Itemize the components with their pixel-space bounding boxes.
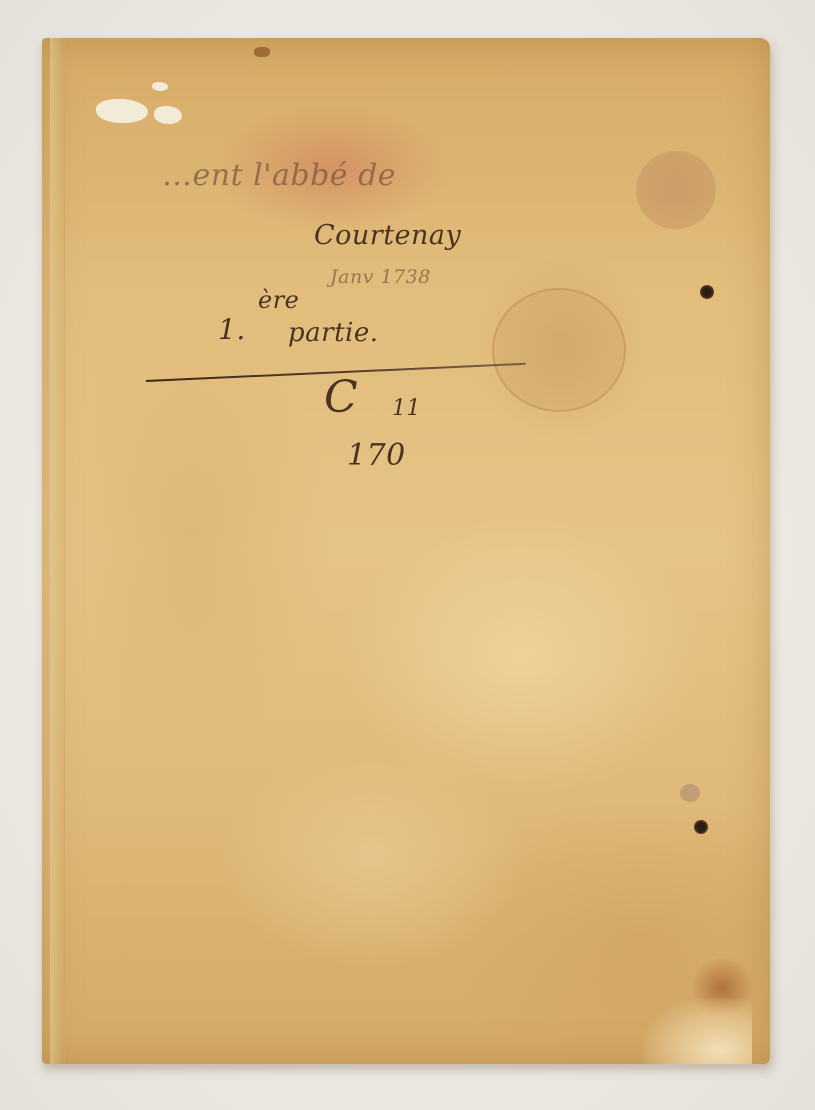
inscription-ordinal-suffix: ère bbox=[258, 286, 299, 314]
worn-corner bbox=[642, 998, 752, 1064]
shelfmark-number: 11 bbox=[392, 396, 421, 421]
tie-hole bbox=[700, 285, 714, 299]
tie-hole bbox=[694, 820, 708, 834]
surface-loss bbox=[152, 82, 168, 91]
small-stain bbox=[680, 784, 700, 802]
inscription-part: partie. bbox=[288, 318, 379, 348]
shelfmark-extra: 170 bbox=[347, 438, 406, 473]
ring-stain bbox=[627, 142, 724, 238]
shelfmark-letter: C bbox=[324, 372, 358, 423]
edge-stain bbox=[254, 47, 270, 57]
surface-loss bbox=[154, 106, 182, 124]
inscription-title: …ent l'abbé de bbox=[162, 158, 396, 193]
surface-loss bbox=[96, 99, 148, 123]
inscription-name: Courtenay bbox=[314, 220, 461, 251]
inscription-date: Janv 1738 bbox=[330, 266, 431, 288]
inscription-ordinal-number: 1. bbox=[218, 313, 246, 346]
vellum-book-cover: …ent l'abbé de Courtenay Janv 1738 ère 1… bbox=[42, 38, 770, 1064]
cup-ring-stain bbox=[492, 288, 626, 412]
